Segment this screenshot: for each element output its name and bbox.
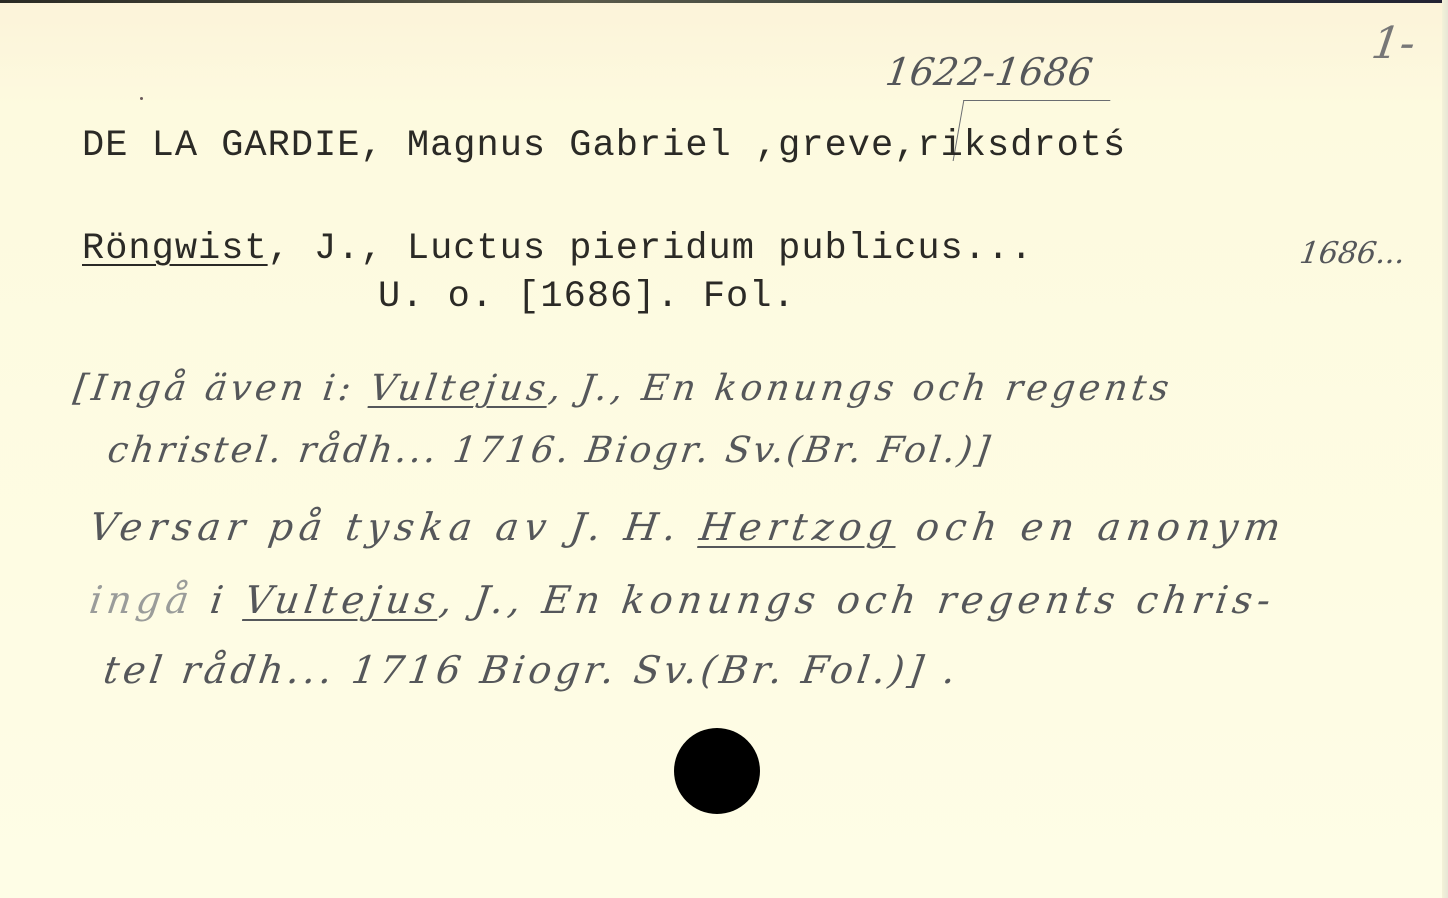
note2-rest: och en anonym: [895, 505, 1289, 549]
heading-line: DE LA GARDIE, Magnus Gabriel ,greve,riks…: [82, 125, 1126, 167]
catalog-card: 1- 1622-1686 DE LA GARDIE, Magnus Gabrie…: [0, 0, 1448, 898]
note2-line2-rest: , J., En konungs och regents chris-: [437, 578, 1278, 622]
heading-forenames: Magnus Gabriel: [407, 125, 732, 167]
note1-line-1: [Ingå även i: Vultejus, J., En konungs o…: [71, 368, 1175, 409]
note2-link-vultejus: Vultejus: [242, 578, 443, 622]
card-top-edge: [0, 0, 1448, 3]
note1-line-2: christel. rådh... 1716. Biogr. Sv.(Br. F…: [105, 430, 995, 471]
entry-line-1: Röngwist, J., Luctus pieridum publicus..…: [82, 228, 1033, 270]
note2-faint-word: ingå: [87, 578, 197, 622]
note2-prefix: Versar på tyska av J. H.: [87, 505, 703, 549]
corner-mark: 1-: [1368, 18, 1418, 69]
heading-surname: DE LA GARDIE,: [82, 125, 384, 167]
punch-hole: [674, 728, 760, 814]
note1-link: Vultejus: [367, 368, 552, 409]
entry-hand-year: 1686...: [1298, 236, 1408, 271]
note1-rest: , J., En konungs och regents: [546, 368, 1175, 409]
note2-line2-prefix: i: [191, 578, 248, 622]
entry-title: , J., Luctus pieridum publicus...: [268, 228, 1034, 270]
heading-titles: ,greve,riksdrotś: [755, 125, 1126, 167]
entry-imprint: U. o. [1686]. Fol.: [378, 276, 796, 318]
note2-line-1: Versar på tyska av J. H. Hertzog och en …: [87, 505, 1289, 549]
note1-prefix: [Ingå även i:: [71, 368, 373, 409]
note2-link-hertzog: Hertzog: [697, 505, 901, 549]
card-right-edge: [1442, 0, 1448, 898]
speck: [140, 97, 143, 100]
life-dates: 1622-1686: [883, 50, 1095, 94]
entry-author: Röngwist: [82, 228, 268, 270]
note2-line-2: ingå i Vultejus, J., En konungs och rege…: [87, 578, 1278, 622]
note2-line-3: tel rådh... 1716 Biogr. Sv.(Br. Fol.)] .: [101, 648, 963, 692]
